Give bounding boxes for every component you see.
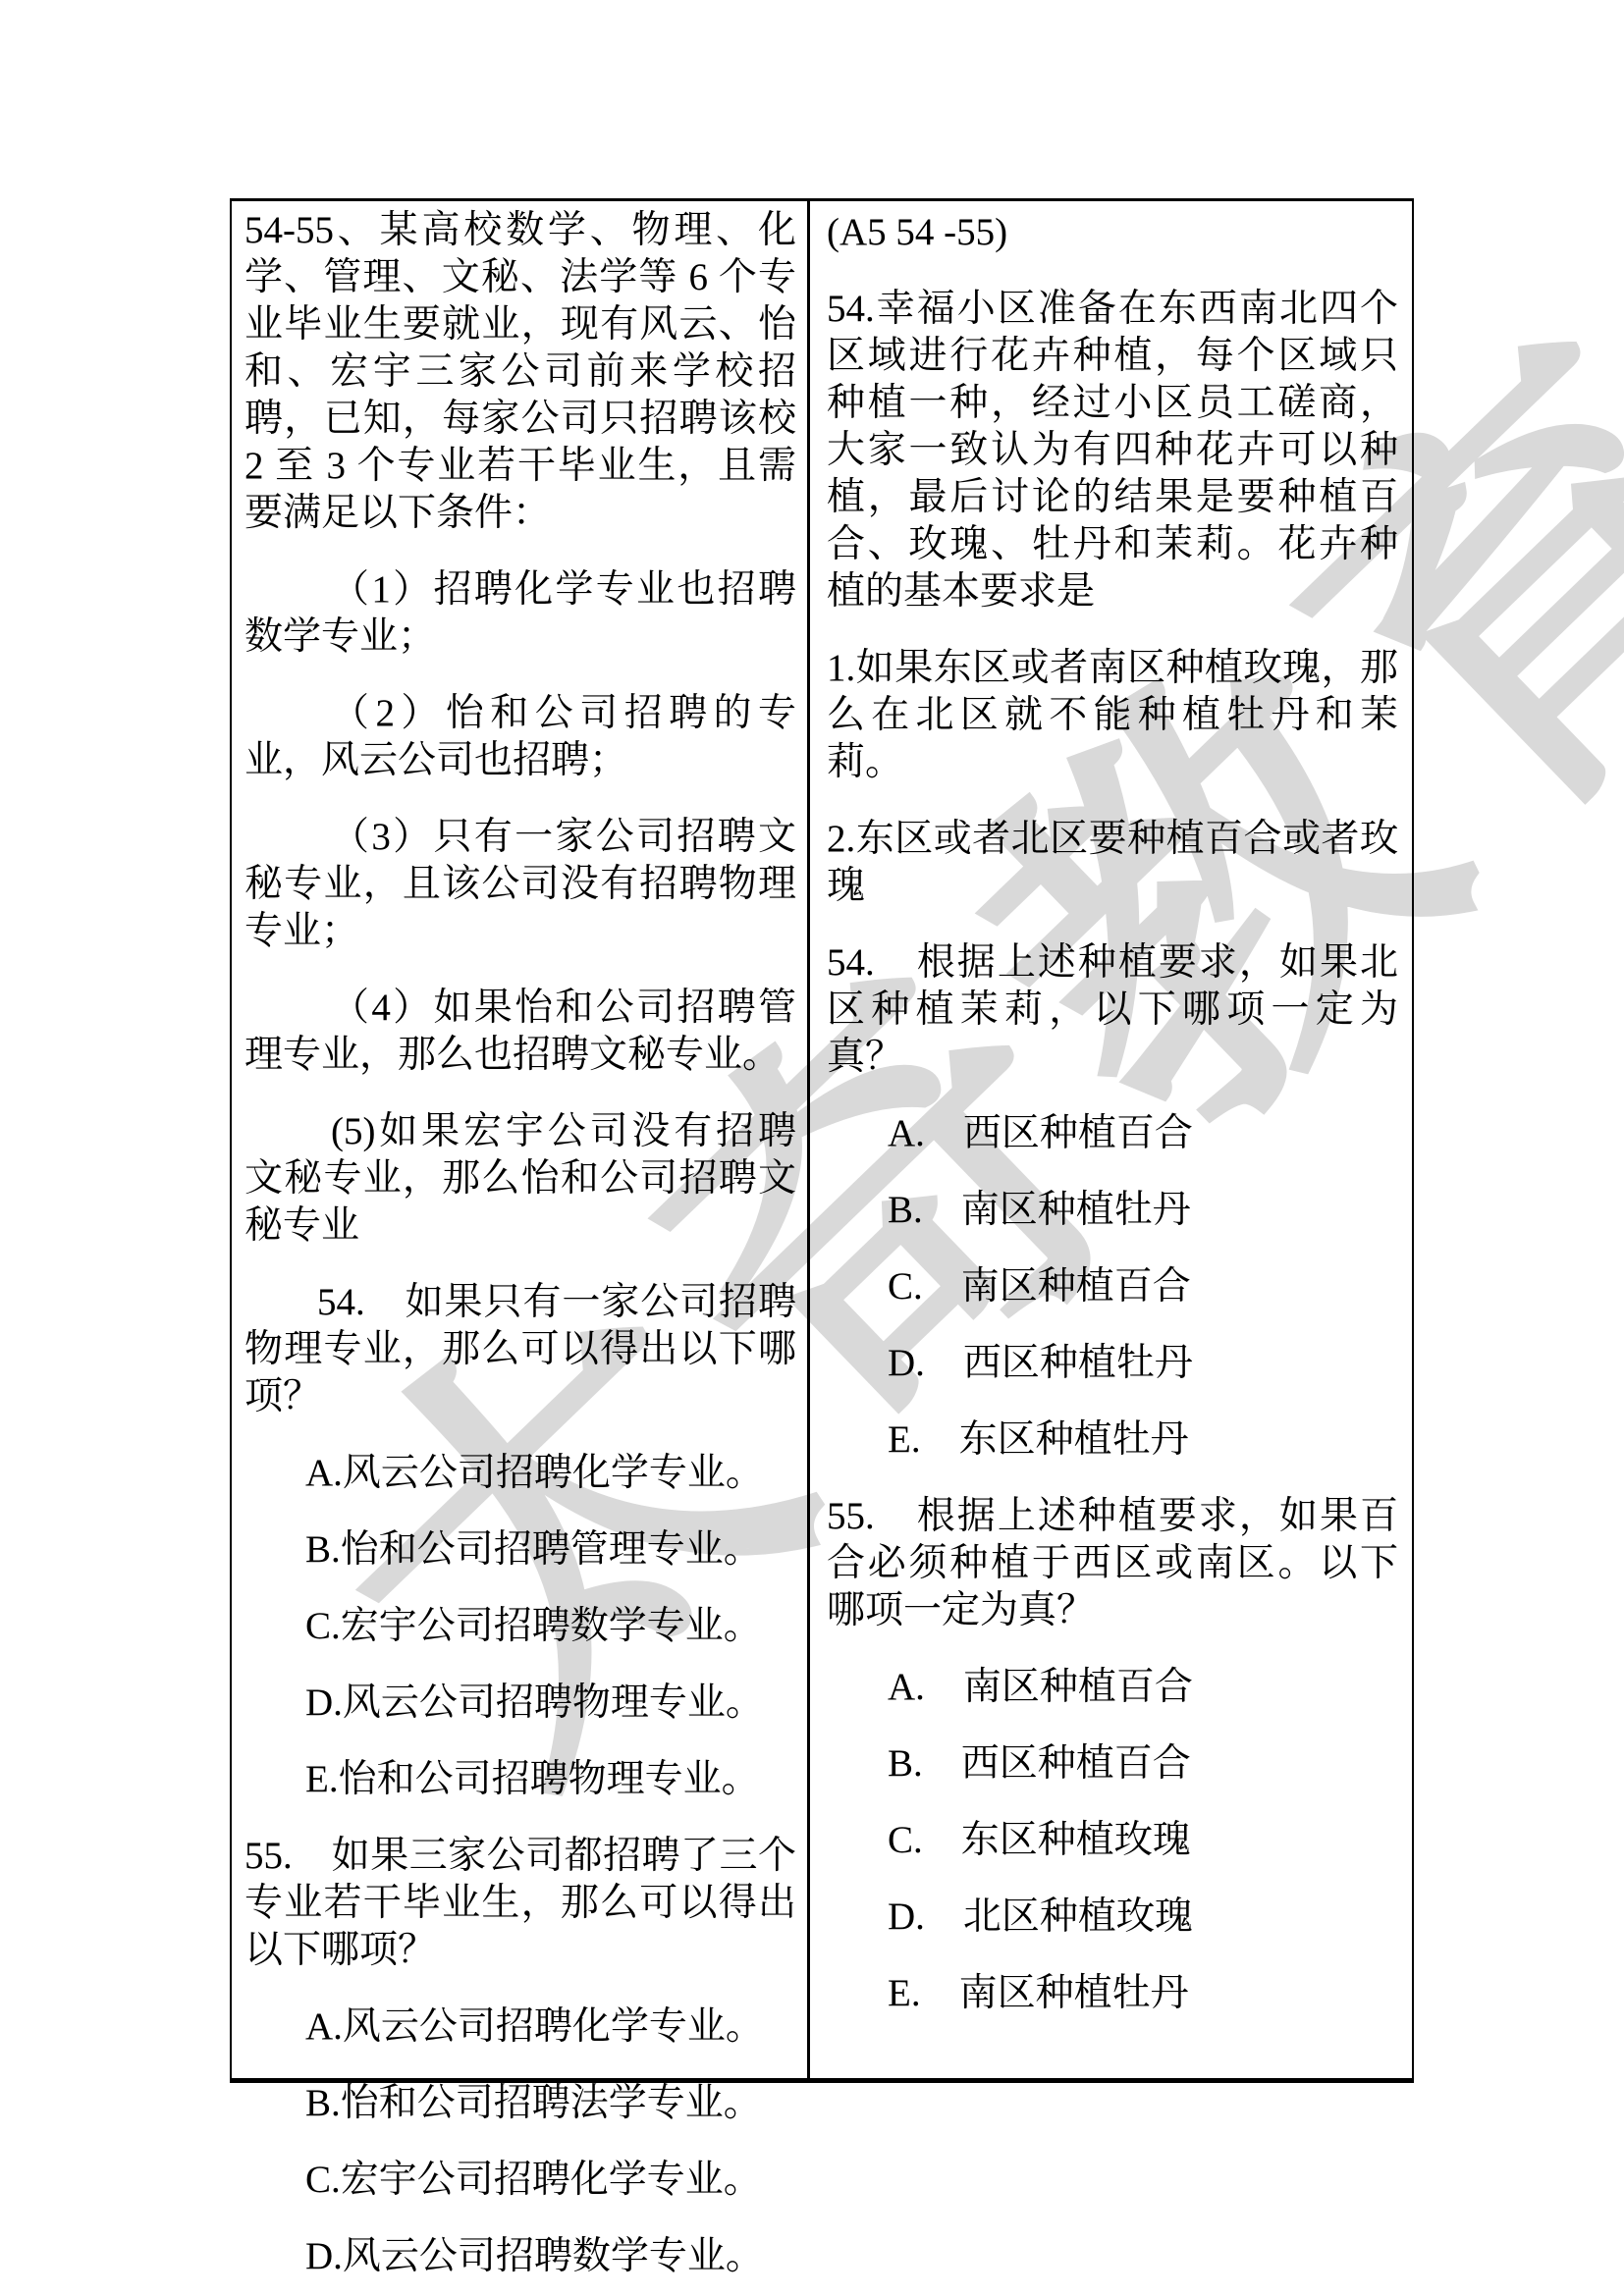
question-55-option-c: C.宏宇公司招聘化学专业。	[244, 2157, 796, 2204]
question-55-stem: 55. 如果三家公司都招聘了三个专业若干毕业生，那么可以得出以下哪项？	[244, 1833, 796, 1974]
condition-1: （1）招聘化学专业也招聘数学专业；	[244, 566, 796, 661]
question-55-option-e: E. 南区种植牡丹	[827, 1970, 1398, 2017]
question-54-option-e: E. 东区种植牡丹	[827, 1416, 1398, 1464]
question-55-option-b: B. 西区种植百合	[827, 1740, 1398, 1788]
question-54-stem: 54. 如果只有一家公司招聘物理专业，那么可以得出以下哪项？	[244, 1279, 796, 1420]
question-group-intro: 54.幸福小区准备在东西南北四个区域进行花卉种植，每个区域只种植一种，经过小区员…	[827, 286, 1398, 615]
question-54-option-a: A.风云公司招聘化学专业。	[244, 1450, 796, 1497]
left-column: 54-55、某高校数学、物理、化学、管理、文秘、法学等 6 个专业毕业生要就业，…	[232, 201, 810, 2078]
question-55-option-d: D. 北区种植玫瑰	[827, 1894, 1398, 1941]
question-54-option-b: B. 南区种植牡丹	[827, 1187, 1398, 1234]
question-55-option-a: A.风云公司招聘化学专业。	[244, 2003, 796, 2051]
question-table: 54-55、某高校数学、物理、化学、管理、文秘、法学等 6 个专业毕业生要就业，…	[230, 198, 1414, 2083]
question-54-option-b: B.怡和公司招聘管理专业。	[244, 1526, 796, 1574]
question-55-option-a: A. 南区种植百合	[827, 1664, 1398, 1711]
question-54-option-d: D. 西区种植牡丹	[827, 1340, 1398, 1387]
condition-4: （4）如果怡和公司招聘管理专业，那么也招聘文秘专业。	[244, 985, 796, 1079]
condition-2: （2）怡和公司招聘的专业，风云公司也招聘；	[244, 690, 796, 784]
question-55-option-c: C. 东区种植玫瑰	[827, 1817, 1398, 1864]
question-55-option-b: B.怡和公司招聘法学专业。	[244, 2080, 796, 2127]
question-group-intro: 54-55、某高校数学、物理、化学、管理、文秘、法学等 6 个专业毕业生要就业，…	[244, 207, 796, 537]
question-54-option-c: C.宏宇公司招聘数学专业。	[244, 1603, 796, 1650]
rule-1: 1.如果东区或者南区种植玫瑰，那么在北区就不能种植牡丹和茉莉。	[827, 645, 1398, 786]
rule-2: 2.东区或者北区要种植百合或者玫瑰	[827, 816, 1398, 910]
question-54-option-e: E.怡和公司招聘物理专业。	[244, 1756, 796, 1803]
condition-3: （3）只有一家公司招聘文秘专业，且该公司没有招聘物理专业；	[244, 814, 796, 955]
condition-5: (5)如果宏宇公司没有招聘文秘专业，那么怡和公司招聘文秘专业	[244, 1108, 796, 1250]
section-header: (A5 54 -55)	[827, 209, 1398, 256]
question-55-stem: 55. 根据上述种植要求，如果百合必须种植于西区或南区。以下哪项一定为真？	[827, 1493, 1398, 1634]
right-column: (A5 54 -55) 54.幸福小区准备在东西南北四个区域进行花卉种植，每个区…	[810, 201, 1412, 2078]
question-54-stem: 54. 根据上述种植要求，如果北区种植茉莉，以下哪项一定为真？	[827, 939, 1398, 1081]
question-54-option-d: D.风云公司招聘物理专业。	[244, 1680, 796, 1727]
question-54-option-a: A. 西区种植百合	[827, 1110, 1398, 1157]
question-54-option-c: C. 南区种植百合	[827, 1263, 1398, 1310]
question-55-option-d: D.风云公司招聘数学专业。	[244, 2233, 796, 2280]
